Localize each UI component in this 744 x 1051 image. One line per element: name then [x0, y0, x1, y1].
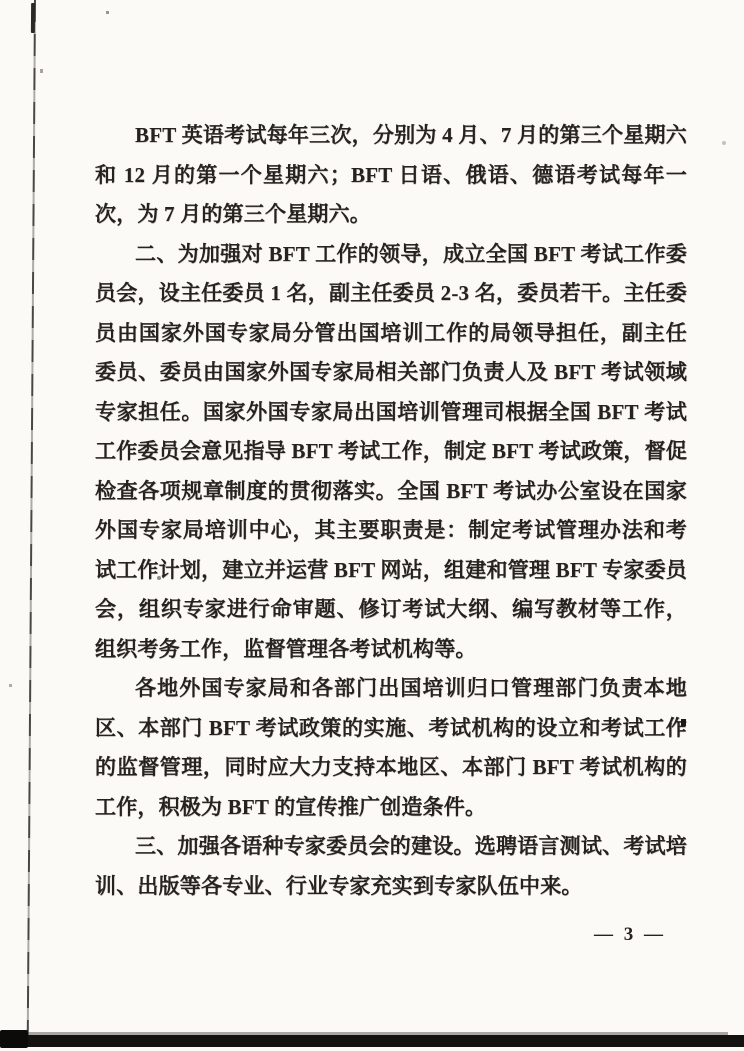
page-number: — 3 — — [594, 924, 666, 946]
document-body: BFT 英语考试每年三次，分别为 4 月、7 月的第三个星期六和 12 月的第一… — [95, 116, 687, 906]
scan-bottom-bar-left-blob — [0, 1030, 28, 1048]
scan-speck — [40, 69, 43, 73]
scan-bottom-bar — [2, 1035, 744, 1047]
scan-speck — [106, 11, 109, 14]
paragraph-section-three: 三、加强各语种专家委员会的建设。选聘语言测试、考试培训、出版等各专业、行业专家充… — [95, 827, 687, 906]
scan-fold-line — [27, 0, 36, 1037]
paragraph-section-two: 二、为加强对 BFT 工作的领导，成立全国 BFT 考试工作委员会，设主任委员 … — [95, 235, 687, 670]
scan-speck — [157, 576, 161, 580]
paragraph-local-bureaus: 各地外国专家局和各部门出国培训归口管理部门负责本地区、本部门 BFT 考试政策的… — [95, 669, 687, 827]
scan-speck — [722, 141, 726, 145]
scan-fold-line-top-mark — [31, 3, 35, 33]
paragraph-exam-schedule: BFT 英语考试每年三次，分别为 4 月、7 月的第三个星期六和 12 月的第一… — [95, 116, 687, 235]
scan-speck — [681, 719, 686, 726]
scan-page: BFT 英语考试每年三次，分别为 4 月、7 月的第三个星期六和 12 月的第一… — [0, 0, 744, 1051]
scan-speck — [9, 684, 12, 687]
